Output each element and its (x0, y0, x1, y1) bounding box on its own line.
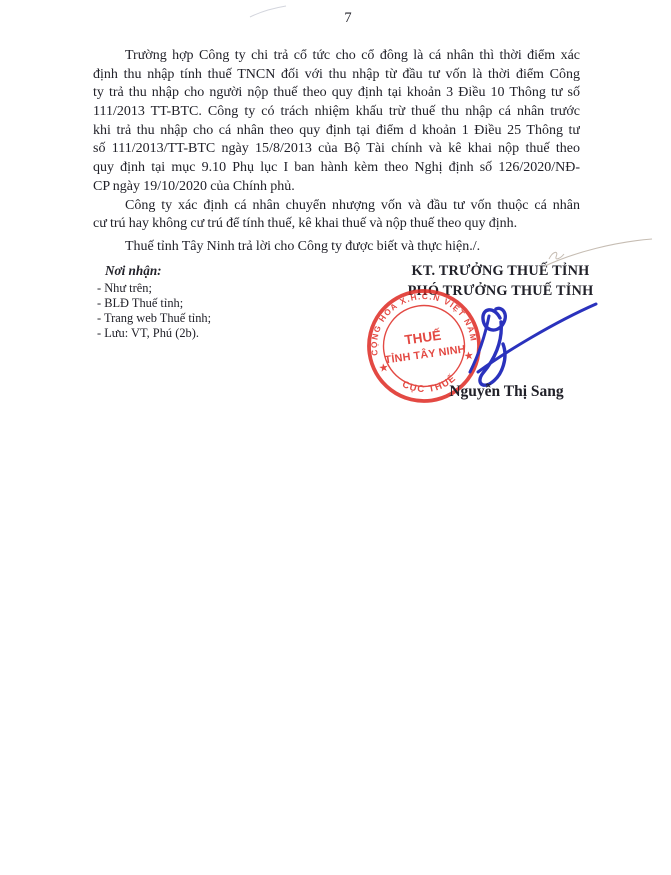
signer-role-line1: KT. TRƯỞNG THUẾ TỈNH (390, 262, 611, 282)
stamp-center-line2: TỈNH TÂY NINH (384, 342, 467, 366)
recipient-item: - Lưu: VT, Phú (2b). (97, 326, 327, 341)
handwritten-signature (470, 304, 596, 385)
paragraph-line: khi trả thu nhập cho cá nhân theo quy đị… (93, 122, 580, 141)
recipients-block: Nơi nhận: - Như trên; - BLĐ Thuế tỉnh; -… (97, 263, 327, 341)
document-page: 7 Trường hợp Công ty chi trả cổ tức cho … (0, 0, 671, 875)
signature-titles: KT. TRƯỞNG THUẾ TỈNH PHÓ TRƯỞNG THUẾ TỈN… (390, 262, 611, 302)
stamp-star-right-icon: ★ (464, 350, 474, 362)
paragraph-line: cư trú hay không cư trú để tính thuế, kê… (93, 215, 580, 234)
recipient-item: - Trang web Thuế tỉnh; (97, 311, 327, 326)
paragraph-line: Công ty xác định cá nhân chuyển nhượng v… (93, 197, 580, 216)
paragraph-line: ty trả thu nhập cho người nộp thuế theo … (93, 84, 580, 103)
body-text: Trường hợp Công ty chi trả cổ tức cho cổ… (93, 47, 580, 257)
paragraph-line: 111/2013 TT-BTC. Công ty có trách nhiệm … (93, 103, 580, 122)
stamp-inner-ring (378, 300, 469, 391)
recipient-item: - Như trên; (97, 281, 327, 296)
paragraph-line: CP ngày 19/10/2020 của Chính phủ. (93, 178, 580, 197)
recipients-heading: Nơi nhận: (105, 263, 327, 278)
closing-line: Thuế tỉnh Tây Ninh trả lời cho Công ty đ… (93, 238, 580, 257)
signer-name: Nguyễn Thị Sang (406, 383, 607, 401)
paragraph-line: Trường hợp Công ty chi trả cổ tức cho cổ… (93, 47, 580, 66)
signer-role-line2: PHÓ TRƯỞNG THUẾ TỈNH (390, 282, 611, 302)
stamp-star-left-icon: ★ (379, 362, 389, 374)
paragraph-line: định thu nhập tính thuế TNCN đối với thu… (93, 66, 580, 85)
stamp-center-line1: THUẾ (404, 328, 442, 348)
page-number: 7 (316, 10, 380, 27)
paragraph-line: quy định tại mục 9.10 Phụ lục I ban hành… (93, 159, 580, 178)
paragraph-line: số 111/2013/TT-BTC ngày 15/8/2013 của Bộ… (93, 140, 580, 159)
recipient-item: - BLĐ Thuế tỉnh; (97, 296, 327, 311)
